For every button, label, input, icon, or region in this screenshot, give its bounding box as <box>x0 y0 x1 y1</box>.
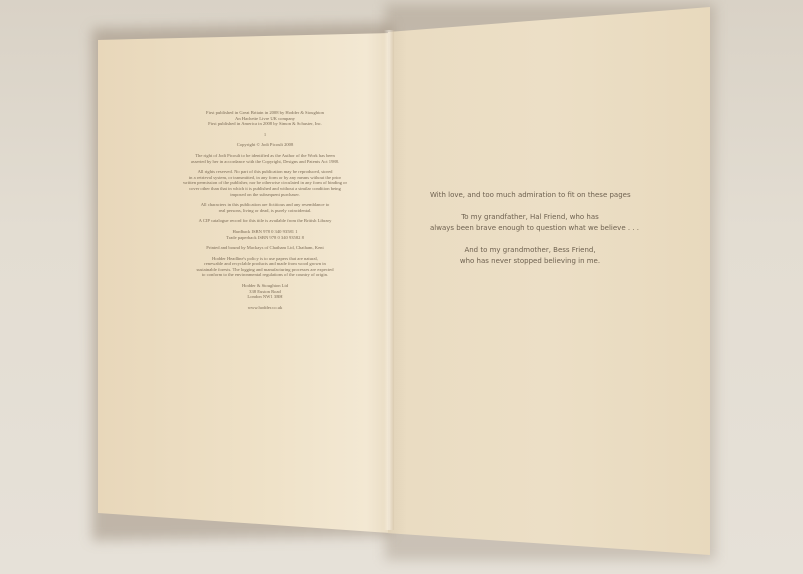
isbn-block: Hardback ISBN 978 0 340 93581 1 Trade pa… <box>150 229 380 240</box>
dedication-intro: With love, and too much admiration to fi… <box>430 190 630 201</box>
publication-info: First published in Great Britain in 2008… <box>150 110 380 127</box>
printer-info: Printed and bound by Mackays of Chatham … <box>150 245 380 251</box>
copyright-block: First published in Great Britain in 2008… <box>150 110 380 315</box>
fiction-disclaimer: All characters in this publication are f… <box>150 202 380 213</box>
text-line: Trade paperback ISBN 978 0 340 93582 8 <box>150 235 380 241</box>
text-line: And to my grandmother, Bess Friend, <box>430 245 630 256</box>
book-gutter <box>384 30 394 530</box>
text-line: 1 <box>150 132 380 138</box>
publisher-address: Hodder & Stoughton Ltd 338 Euston Road L… <box>150 283 380 300</box>
publisher-website: www.hodder.co.uk <box>150 305 380 311</box>
text-line: imposed on the subsequent purchaser. <box>150 192 380 198</box>
text-line: www.hodder.co.uk <box>150 305 380 311</box>
text-line: To my grandfather, Hal Friend, who has <box>430 212 630 223</box>
text-line: London NW1 3BH <box>150 294 380 300</box>
text-line: real persons, living or dead, is purely … <box>150 208 380 214</box>
right-page <box>388 7 710 555</box>
paper-policy: Hodder Headline's policy is to use paper… <box>150 256 380 278</box>
text-line: Copyright © Jodi Picoult 2008 <box>150 142 380 148</box>
text-line: who has never stopped believing in me. <box>430 256 630 267</box>
text-line: With love, and too much admiration to fi… <box>430 190 630 201</box>
print-number: 1 <box>150 132 380 138</box>
author-rights: The right of Jodi Picoult to be identifi… <box>150 153 380 164</box>
dedication-block: With love, and too much admiration to fi… <box>430 190 630 278</box>
cip-record: A CIP catalogue record for this title is… <box>150 218 380 224</box>
text-line: A CIP catalogue record for this title is… <box>150 218 380 224</box>
text-line: Printed and bound by Mackays of Chatham … <box>150 245 380 251</box>
text-line: First published in America in 2008 by Si… <box>150 121 380 127</box>
text-line: to conform to the environmental regulati… <box>150 272 380 278</box>
dedication-grandfather: To my grandfather, Hal Friend, who has a… <box>430 212 630 234</box>
text-line: always been brave enough to question wha… <box>430 223 630 234</box>
copyright-line: Copyright © Jodi Picoult 2008 <box>150 142 380 148</box>
rights-reserved: All rights reserved. No part of this pub… <box>150 169 380 197</box>
dedication-grandmother: And to my grandmother, Bess Friend, who … <box>430 245 630 267</box>
text-line: asserted by her in accordance with the C… <box>150 159 380 165</box>
